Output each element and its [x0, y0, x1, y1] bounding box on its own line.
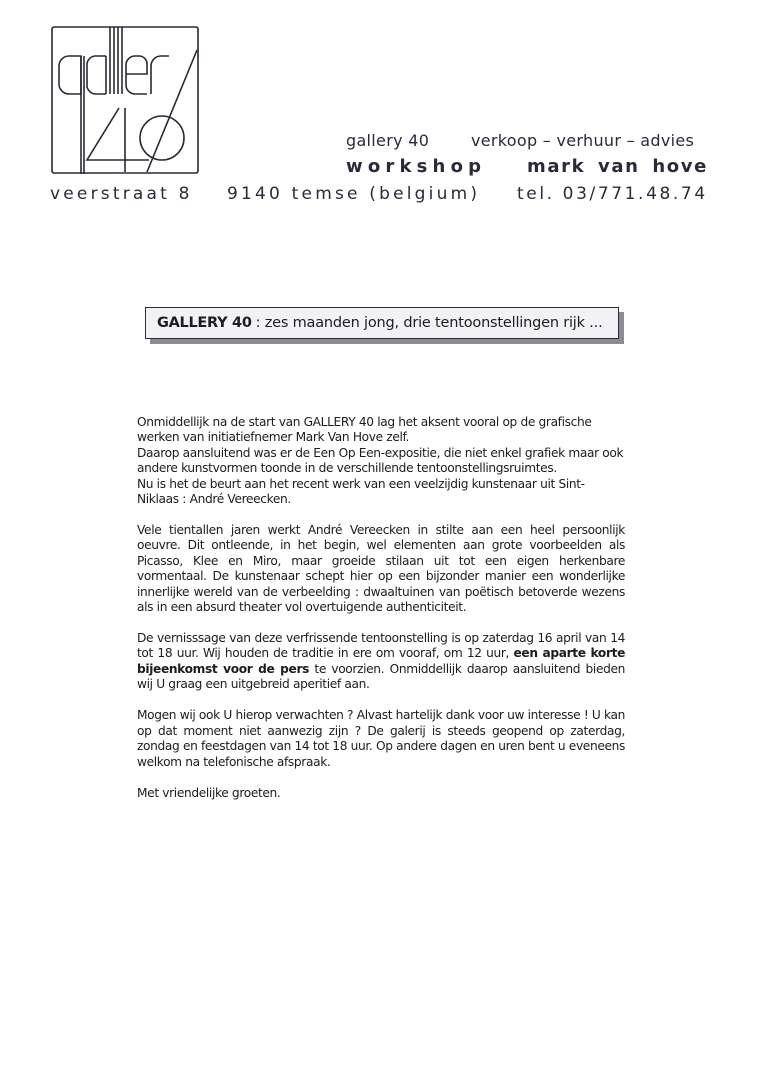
intro-sentence: Daarop aansluitend was er de Een Op Een-… [137, 446, 625, 477]
paragraph-artist: Vele tientallen jaren werkt André Vereec… [137, 523, 625, 615]
letterhead-workshop: workshop [346, 156, 486, 177]
letterhead-services: verkoop – verhuur – advies [471, 131, 694, 150]
intro-sentence: Onmiddellijk na de start van GALLERY 40 … [137, 415, 625, 446]
headline-rest: : zes maanden jong, drie tentoonstelling… [256, 315, 603, 331]
letterhead-street: veerstraat 8 [50, 184, 193, 204]
gallery-40-logo-icon [51, 26, 199, 174]
letterhead-phone: tel. 03/771.48.74 [517, 184, 708, 204]
headline-strong: GALLERY 40 [157, 315, 252, 331]
intro-sentence: Nu is het de beurt aan het recent werk v… [137, 477, 625, 508]
headline-box: GALLERY 40 : zes maanden jong, drie tent… [145, 307, 619, 339]
letterhead-owner: mark van hove [527, 156, 708, 177]
closing-greeting: Met vriendelijke groeten. [137, 786, 625, 801]
letter-body: Onmiddellijk na de start van GALLERY 40 … [137, 415, 625, 817]
paragraph-vernissage: De vernisssage van deze verfrissende ten… [137, 631, 625, 693]
paragraph-invitation: Mogen wij ook U hierop verwachten ? Alva… [137, 708, 625, 770]
letterhead-gallery-name: gallery 40 [346, 131, 429, 150]
paragraph-intro: Onmiddellijk na de start van GALLERY 40 … [137, 415, 625, 507]
letterhead-city: 9140 temse (belgium) [227, 184, 480, 204]
